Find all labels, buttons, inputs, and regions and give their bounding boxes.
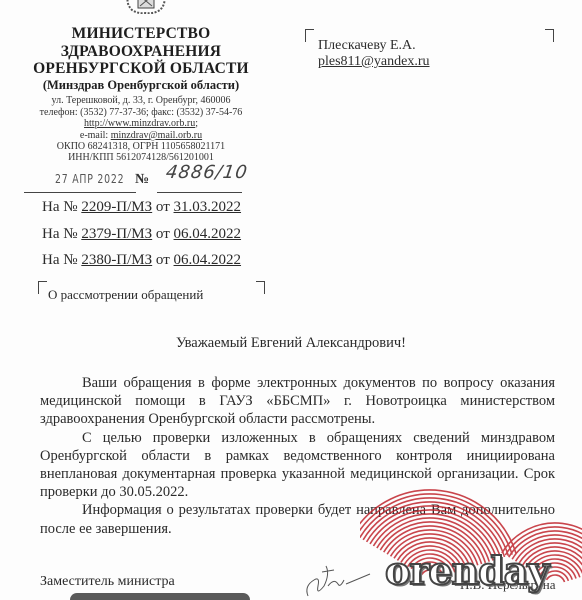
- letter-subject: О рассмотрении обращений: [48, 287, 203, 303]
- ministry-name-line1: МИНИСТЕРСТВО: [0, 25, 282, 43]
- body-paragraph: Ваши обращения в форме электронных докум…: [40, 374, 555, 429]
- ministry-email-link[interactable]: minzdrav@mail.orb.ru: [111, 130, 202, 141]
- orenday-watermark: orenday: [385, 548, 548, 593]
- subject-bracket-right: [256, 281, 265, 294]
- coat-of-arms-icon: [124, 0, 168, 14]
- ministry-phone: телефон: (3532) 77-37-36; факс: (3532) 3…: [0, 107, 282, 118]
- number-sign: №: [135, 172, 149, 188]
- date-stamp: 27 АПР 2022: [55, 172, 124, 186]
- reference-line: На № 2380-П/МЗ от 06.04.2022: [42, 252, 241, 269]
- addressee-bracket-left: [305, 29, 314, 42]
- addressee-name: Плескачеву Е.А.: [318, 38, 416, 54]
- signer-title: Заместитель министра: [40, 574, 175, 590]
- ministry-address: ул. Терешковой, д. 33, г. Оренбург, 4600…: [0, 95, 282, 106]
- bottom-overlay-bar: [70, 593, 250, 600]
- ministry-short-name: (Минздрав Оренбургской области): [0, 78, 282, 93]
- greeting: Уважаемый Евгений Александрович!: [0, 335, 582, 352]
- reference-line: На № 2379-П/МЗ от 06.04.2022: [42, 226, 241, 243]
- ministry-website-link[interactable]: http://www.minzdrav.orb.ru: [84, 118, 195, 129]
- ministry-website-line: http://www.minzdrav.orb.ru;: [0, 118, 282, 129]
- ministry-okpo: ОКПО 68241318, ОГРН 1105658021171: [0, 141, 282, 152]
- ministry-name-line2: ЗДРАВООХРАНЕНИЯ: [0, 43, 282, 61]
- addressee-email[interactable]: ples811@yandex.ru: [318, 54, 430, 70]
- ministry-name-line3: ОРЕНБУРГСКОЙ ОБЛАСТИ: [0, 60, 282, 78]
- number-underline: [157, 192, 242, 193]
- ministry-email-line: e-mail: minzdrav@mail.orb.ru: [0, 130, 282, 141]
- outgoing-number: 4886/10: [165, 162, 250, 183]
- subject-bracket-left: [38, 281, 47, 294]
- handwritten-signature: [300, 556, 380, 600]
- reference-line: На № 2209-П/МЗ от 31.03.2022: [42, 199, 241, 216]
- addressee-bracket-right: [545, 29, 554, 42]
- date-underline: [24, 192, 136, 193]
